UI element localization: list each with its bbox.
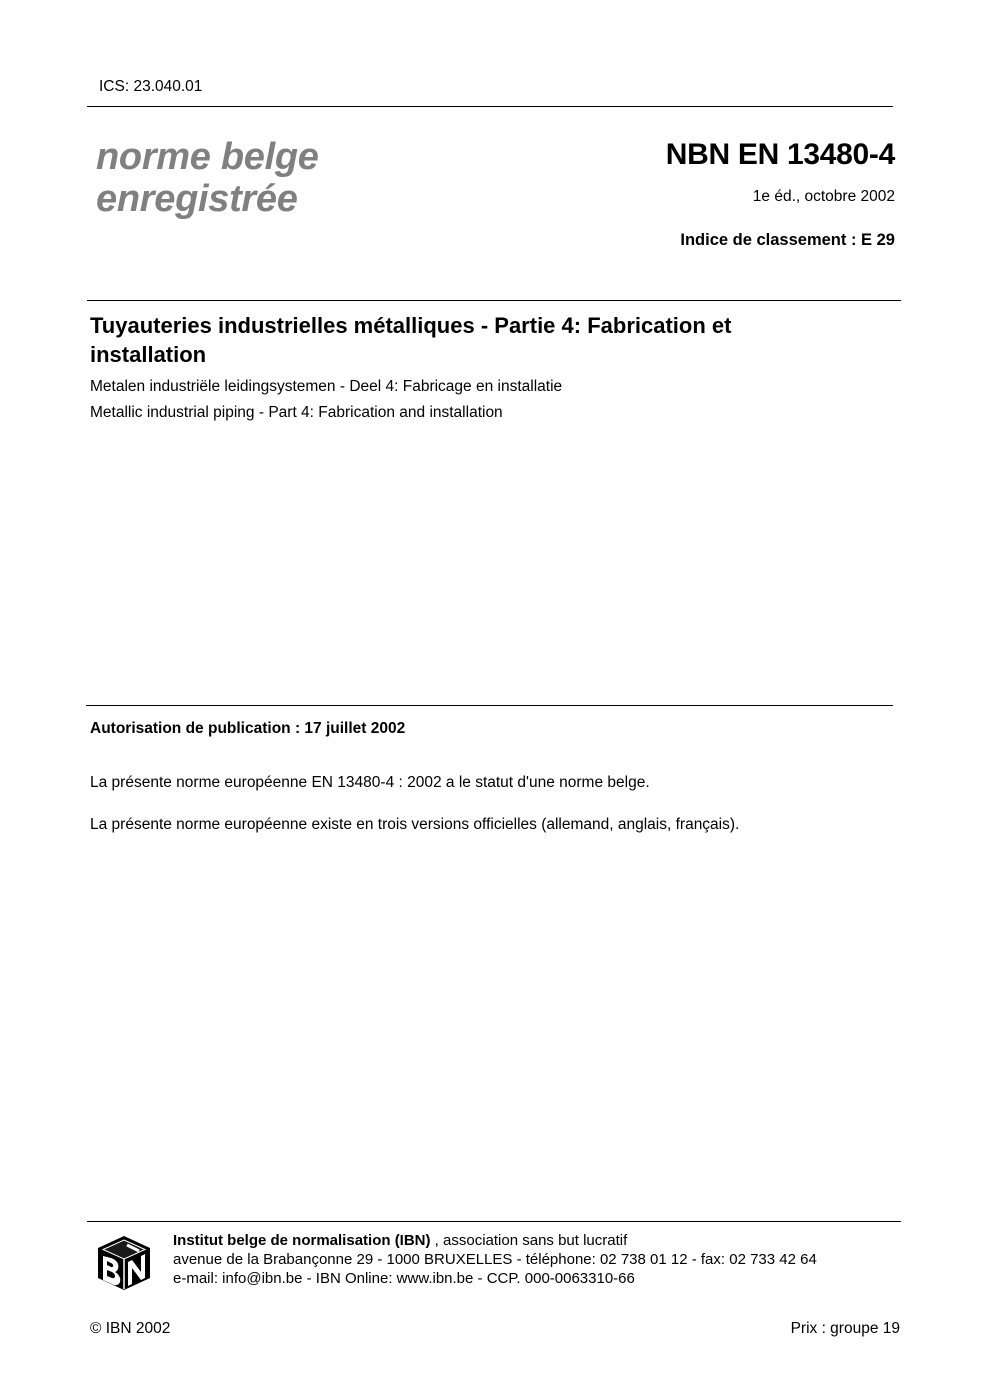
edition-date: 1e éd., octobre 2002: [753, 188, 895, 206]
institute-line: Institut belge de normalisation (IBN) , …: [173, 1232, 627, 1249]
ics-code: ICS: 23.040.01: [99, 78, 202, 96]
institute-suffix: , association sans but lucratif: [431, 1232, 628, 1249]
divider-title: [87, 300, 901, 301]
copyright: © IBN 2002: [90, 1320, 170, 1338]
document-title-en: Metallic industrial piping - Part 4: Fab…: [90, 404, 503, 422]
institute-contact: e-mail: info@ibn.be - IBN Online: www.ib…: [173, 1270, 635, 1287]
classification-index: Indice de classement : E 29: [680, 231, 895, 250]
document-title-nl: Metalen industriële leidingsystemen - De…: [90, 378, 562, 396]
versions-paragraph: La présente norme européenne existe en t…: [90, 816, 739, 834]
institute-address: avenue de la Brabançonne 29 - 1000 BRUXE…: [173, 1251, 817, 1268]
brand-heading: norme belge enregistrée: [96, 136, 319, 220]
brand-line-2: enregistrée: [96, 178, 319, 220]
divider-top: [87, 106, 893, 107]
ibn-cube-logo-icon: [95, 1234, 153, 1292]
standard-code: NBN EN 13480-4: [666, 138, 895, 172]
divider-middle: [86, 705, 893, 706]
brand-line-1: norme belge: [96, 136, 319, 178]
divider-footer: [87, 1221, 901, 1222]
institute-name: Institut belge de normalisation (IBN): [173, 1232, 431, 1249]
publication-authorization: Autorisation de publication : 17 juillet…: [90, 720, 405, 738]
status-paragraph: La présente norme européenne EN 13480-4 …: [90, 774, 650, 792]
price-group: Prix : groupe 19: [791, 1320, 900, 1338]
document-title-fr: Tuyauteries industrielles métalliques - …: [90, 311, 810, 369]
